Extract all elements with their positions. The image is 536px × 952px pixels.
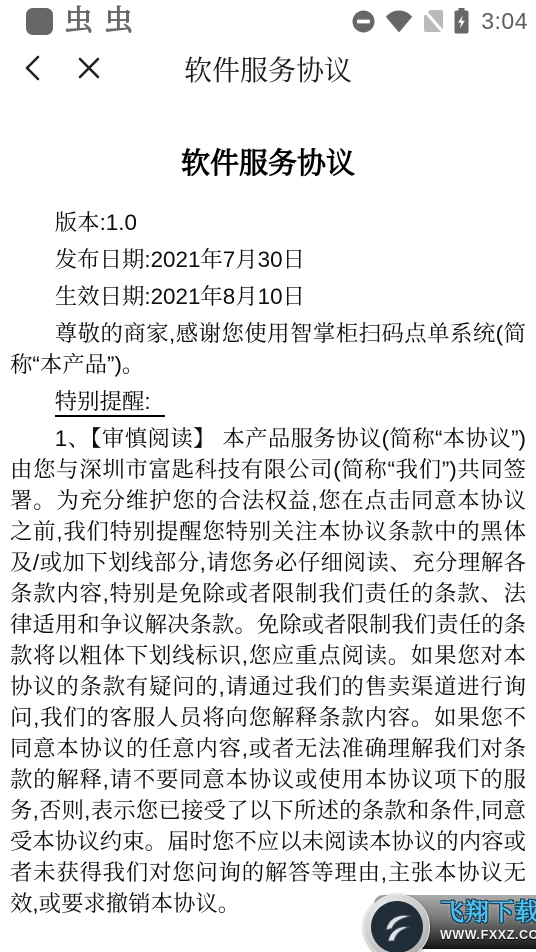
meta-effective-date: 生效日期:2021年8月10日 [10,281,526,312]
special-notice-heading: 特别提醒: [10,386,526,417]
watermark-texts: 飞翔下载 WWW.FXXZ.COM [440,900,532,942]
meta-version: 版本:1.0 [10,207,526,238]
watermark-site-url: WWW.FXXZ.COM [440,928,532,942]
app-screen: 虫 虫 3:04 [0,0,536,952]
fxxz-logo-icon [371,901,423,952]
meta-release-date: 发布日期:2021年7月30日 [10,244,526,275]
no-sim-icon [422,8,445,34]
watermark-site-name: 飞翔下载 [440,900,532,926]
chevron-left-icon [22,54,44,85]
do-not-disturb-icon [351,9,376,34]
watermark-logo-circle [364,894,430,952]
wifi-icon [385,10,413,33]
status-bar-notifications: 虫 虫 [26,7,351,36]
back-button[interactable] [18,50,48,89]
status-bar-system-icons: 3:04 [351,8,528,35]
intro-paragraph: 尊敬的商家,感谢您使用智掌柜扫码点单系统(简称“本产品”)。 [10,318,526,380]
status-bar-clock: 3:04 [481,8,528,35]
battery-charging-icon [454,8,469,34]
nav-bar: 软件服务协议 [0,38,536,100]
close-button[interactable] [72,51,106,88]
close-icon [76,55,102,84]
special-notice-label: 特别提醒: [55,389,165,417]
app-square-icon [26,8,53,35]
chong-app-icon: 虫 [104,7,133,36]
fxxz-watermark: 飞翔下载 WWW.FXXZ.COM [364,890,536,952]
clause-1-paragraph: 1、【审慎阅读】 本产品服务协议(简称“本协议”)由您与深圳市富匙科技有限公司(… [10,423,526,919]
chong-app-icon: 虫 [64,7,93,36]
agreement-scroll-area[interactable]: 软件服务协议 版本:1.0 发布日期:2021年7月30日 生效日期:2021年… [0,141,536,919]
status-bar: 虫 虫 3:04 [0,0,536,38]
document-title: 软件服务协议 [10,141,526,182]
